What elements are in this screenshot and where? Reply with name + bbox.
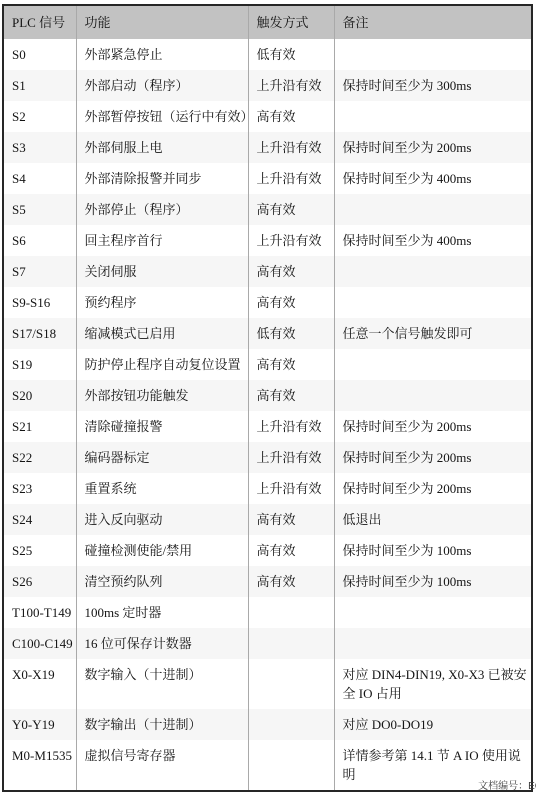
cell-trigger: 高有效 [248,287,334,318]
cell-function: 缩减模式已启用 [76,318,248,349]
table-row: S21 清除碰撞报警 上升沿有效 保持时间至少为 200ms [3,411,532,442]
table-row: S9-S16 预约程序 高有效 [3,287,532,318]
table-row: S1 外部启动（程序） 上升沿有效 保持时间至少为 300ms [3,70,532,101]
cell-note: 保持时间至少为 200ms [334,473,532,504]
cell-plc-signal: S24 [3,504,76,535]
cell-function: 外部停止（程序） [76,194,248,225]
cell-note: 保持时间至少为 400ms [334,225,532,256]
plc-signal-table: PLC 信号 功能 触发方式 备注 S0 外部紧急停止 低有效 S1 外部启动（… [2,4,533,792]
cell-plc-signal: S17/S18 [3,318,76,349]
cell-plc-signal: M0-M1535 [3,740,76,791]
cell-trigger: 高有效 [248,194,334,225]
table-row: X0-X19 数字输入（十进制） 对应 DIN4-DIN19, X0-X3 已被… [3,659,532,709]
cell-note [334,101,532,132]
cell-function: 清空预约队列 [76,566,248,597]
cell-note [334,628,532,659]
table-row: S19 防护停止程序自动复位设置 高有效 [3,349,532,380]
cell-plc-signal: S23 [3,473,76,504]
cell-function: 关闭伺服 [76,256,248,287]
cell-function: 外部清除报警并同步 [76,163,248,194]
cell-trigger: 上升沿有效 [248,132,334,163]
cell-plc-signal: S9-S16 [3,287,76,318]
table-row: Y0-Y19 数字输出（十进制） 对应 DO0-DO19 [3,709,532,740]
table-row: S23 重置系统 上升沿有效 保持时间至少为 200ms [3,473,532,504]
cell-plc-signal: S19 [3,349,76,380]
cell-note: 保持时间至少为 400ms [334,163,532,194]
cell-plc-signal: Y0-Y19 [3,709,76,740]
cell-function: 外部紧急停止 [76,39,248,70]
cell-note: 对应 DO0-DO19 [334,709,532,740]
table-row: S24 进入反向驱动 高有效 低退出 [3,504,532,535]
cell-function: 16 位可保存计数器 [76,628,248,659]
table-row: S7 关闭伺服 高有效 [3,256,532,287]
cell-trigger [248,740,334,791]
cell-function: 预约程序 [76,287,248,318]
cell-plc-signal: T100-T149 [3,597,76,628]
cell-function: 外部暂停按钮（运行中有效） [76,101,248,132]
cell-function: 外部启动（程序） [76,70,248,101]
cell-note: 保持时间至少为 200ms [334,132,532,163]
column-header-function: 功能 [76,5,248,39]
cell-plc-signal: S1 [3,70,76,101]
cell-trigger: 高有效 [248,101,334,132]
cell-trigger [248,628,334,659]
cell-plc-signal: X0-X19 [3,659,76,709]
table-row: T100-T149 100ms 定时器 [3,597,532,628]
cell-trigger: 低有效 [248,318,334,349]
cell-function: 编码器标定 [76,442,248,473]
document-number-label: 文档编号：EC [478,777,536,792]
cell-plc-signal: S2 [3,101,76,132]
cell-plc-signal: S20 [3,380,76,411]
cell-plc-signal: S26 [3,566,76,597]
column-header-note: 备注 [334,5,532,39]
cell-plc-signal: S0 [3,39,76,70]
header-row: PLC 信号 功能 触发方式 备注 [3,5,532,39]
cell-note [334,597,532,628]
table-body: S0 外部紧急停止 低有效 S1 外部启动（程序） 上升沿有效 保持时间至少为 … [3,39,532,791]
cell-trigger: 上升沿有效 [248,70,334,101]
cell-plc-signal: S21 [3,411,76,442]
column-header-plc-signal: PLC 信号 [3,5,76,39]
table-row: S5 外部停止（程序） 高有效 [3,194,532,225]
column-header-trigger: 触发方式 [248,5,334,39]
cell-function: 清除碰撞报警 [76,411,248,442]
table-row: S20 外部按钮功能触发 高有效 [3,380,532,411]
cell-trigger: 上升沿有效 [248,473,334,504]
cell-trigger: 上升沿有效 [248,411,334,442]
cell-note: 低退出 [334,504,532,535]
cell-note: 对应 DIN4-DIN19, X0-X3 已被安全 IO 占用 [334,659,532,709]
cell-plc-signal: S3 [3,132,76,163]
table-row: S6 回主程序首行 上升沿有效 保持时间至少为 400ms [3,225,532,256]
cell-trigger: 高有效 [248,349,334,380]
cell-function: 碰撞检测使能/禁用 [76,535,248,566]
cell-note [334,349,532,380]
cell-trigger: 高有效 [248,256,334,287]
cell-note [334,39,532,70]
cell-plc-signal: S25 [3,535,76,566]
table-row: S17/S18 缩减模式已启用 低有效 任意一个信号触发即可 [3,318,532,349]
cell-note: 任意一个信号触发即可 [334,318,532,349]
table-row: S25 碰撞检测使能/禁用 高有效 保持时间至少为 100ms [3,535,532,566]
cell-trigger: 上升沿有效 [248,225,334,256]
cell-note [334,287,532,318]
cell-plc-signal: S22 [3,442,76,473]
table-row: S22 编码器标定 上升沿有效 保持时间至少为 200ms [3,442,532,473]
cell-function: 防护停止程序自动复位设置 [76,349,248,380]
cell-plc-signal: S6 [3,225,76,256]
table-row: S3 外部伺服上电 上升沿有效 保持时间至少为 200ms [3,132,532,163]
cell-note: 保持时间至少为 300ms [334,70,532,101]
cell-trigger: 上升沿有效 [248,163,334,194]
table-header: PLC 信号 功能 触发方式 备注 [3,5,532,39]
table-row: S0 外部紧急停止 低有效 [3,39,532,70]
cell-trigger: 高有效 [248,566,334,597]
cell-trigger: 高有效 [248,504,334,535]
cell-function: 外部伺服上电 [76,132,248,163]
table-row: S26 清空预约队列 高有效 保持时间至少为 100ms [3,566,532,597]
cell-plc-signal: S7 [3,256,76,287]
cell-note: 保持时间至少为 200ms [334,411,532,442]
cell-function: 重置系统 [76,473,248,504]
cell-function: 进入反向驱动 [76,504,248,535]
table-row: S4 外部清除报警并同步 上升沿有效 保持时间至少为 400ms [3,163,532,194]
cell-plc-signal: S5 [3,194,76,225]
cell-function: 外部按钮功能触发 [76,380,248,411]
cell-plc-signal: S4 [3,163,76,194]
cell-note [334,194,532,225]
cell-trigger [248,659,334,709]
cell-function: 回主程序首行 [76,225,248,256]
cell-trigger: 上升沿有效 [248,442,334,473]
table-row: M0-M1535 虚拟信号寄存器 详情参考第 14.1 节 A IO 使用说明 [3,740,532,791]
cell-note: 保持时间至少为 100ms [334,566,532,597]
cell-function: 100ms 定时器 [76,597,248,628]
cell-trigger [248,709,334,740]
table-row: C100-C149 16 位可保存计数器 [3,628,532,659]
cell-note: 保持时间至少为 100ms [334,535,532,566]
cell-note: 保持时间至少为 200ms [334,442,532,473]
cell-trigger: 高有效 [248,380,334,411]
cell-plc-signal: C100-C149 [3,628,76,659]
table-row: S2 外部暂停按钮（运行中有效） 高有效 [3,101,532,132]
cell-note [334,256,532,287]
cell-function: 数字输出（十进制） [76,709,248,740]
cell-trigger [248,597,334,628]
cell-function: 虚拟信号寄存器 [76,740,248,791]
cell-function: 数字输入（十进制） [76,659,248,709]
cell-note [334,380,532,411]
cell-trigger: 低有效 [248,39,334,70]
cell-trigger: 高有效 [248,535,334,566]
